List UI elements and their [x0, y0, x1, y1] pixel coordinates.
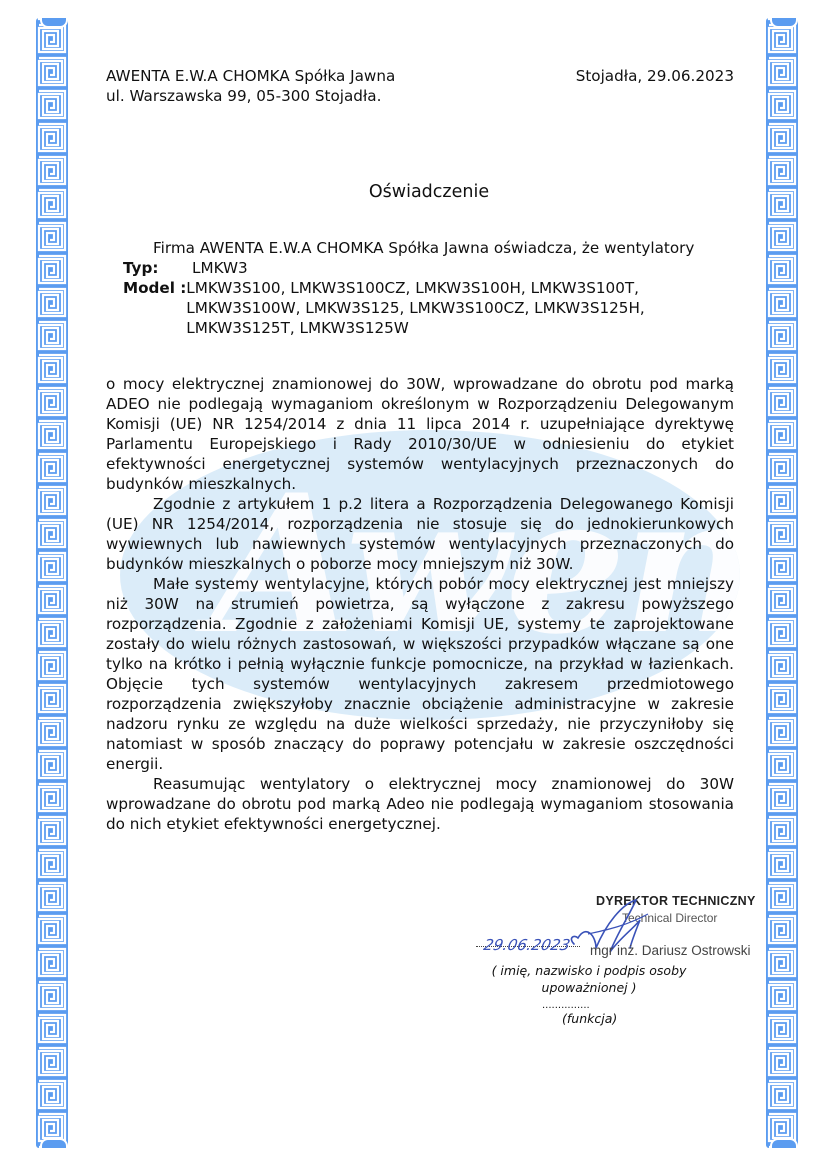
intro-paragraph: Firma AWENTA E.W.A CHOMKA Spółka Jawna o… — [106, 238, 734, 258]
border-cap-bottom-left — [40, 1138, 68, 1148]
decorative-border-left — [36, 18, 68, 1148]
paragraph-legal-basis: Zgodnie z artykułem 1 p.2 litera a Rozpo… — [106, 494, 734, 574]
company-address: ul. Warszawska 99, 05-300 Stojadła. — [106, 86, 395, 106]
border-cap-top-right — [770, 18, 798, 28]
place-and-date: Stojadła, 29.06.2023 — [576, 66, 734, 106]
letterhead: AWENTA E.W.A CHOMKA Spółka Jawna ul. War… — [106, 66, 734, 106]
border-cap-top-left — [40, 18, 68, 28]
sender-block: AWENTA E.W.A CHOMKA Spółka Jawna ul. War… — [106, 66, 395, 106]
paragraph-justification: Małe systemy wentylacyjne, których pobór… — [106, 574, 734, 774]
paragraph-conclusion: Reasumując wentylatory o elektrycznej mo… — [106, 774, 734, 834]
function-label: (funkcja) — [562, 1011, 617, 1026]
signature-caption: ( imię, nazwisko i podpis osoby upoważni… — [474, 962, 704, 996]
type-value: LMKW3 — [192, 258, 734, 278]
type-row: Typ: LMKW3 — [106, 258, 734, 278]
model-row: Model : LMKW3S100, LMKW3S100CZ, LMKW3S10… — [106, 278, 734, 338]
document-title: Oświadczenie — [106, 182, 734, 202]
model-label: Model : — [123, 278, 186, 338]
document-body: AWENTA E.W.A CHOMKA Spółka Jawna ul. War… — [106, 66, 734, 834]
model-value: LMKW3S100, LMKW3S100CZ, LMKW3S100H, LMKW… — [186, 278, 734, 338]
border-cap-bottom-right — [770, 1138, 798, 1148]
paragraph-scope: o mocy elektrycznej znamionowej do 30W, … — [106, 374, 734, 494]
signer-name: mgr inż. Dariusz Ostrowski — [590, 943, 751, 958]
type-label: Typ: — [123, 258, 192, 278]
handwritten-date: 29.06.2023 — [482, 936, 572, 954]
function-line: ............... — [542, 1000, 590, 1011]
company-name: AWENTA E.W.A CHOMKA Spółka Jawna — [106, 66, 395, 86]
decorative-border-right — [766, 18, 798, 1148]
